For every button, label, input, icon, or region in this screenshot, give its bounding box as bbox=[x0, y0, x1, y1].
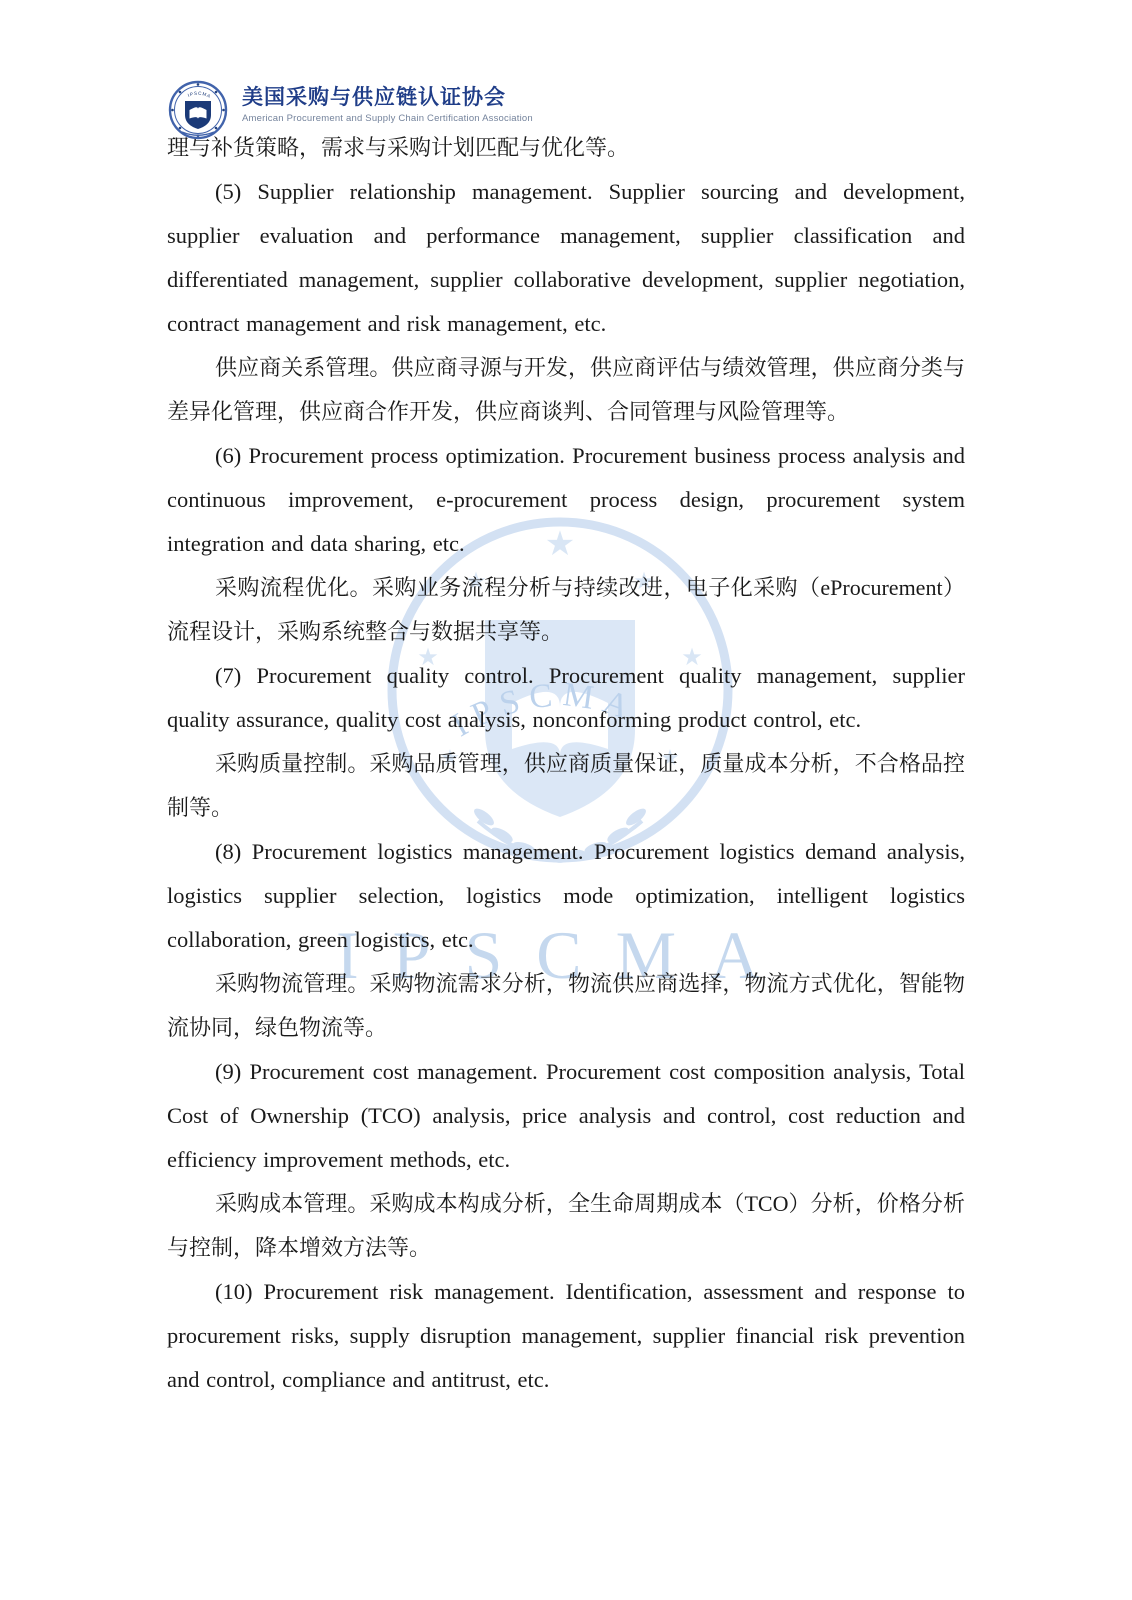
paragraph-item8-en: (8) Procurement logistics management. Pr… bbox=[167, 830, 965, 962]
paragraph-item5-en: (5) Supplier relationship management. Su… bbox=[167, 170, 965, 346]
paragraph-item8-zh: 采购物流管理。采购物流需求分析，物流供应商选择，物流方式优化，智能物流协同，绿色… bbox=[167, 962, 965, 1050]
org-name-english: American Procurement and Supply Chain Ce… bbox=[242, 113, 533, 125]
association-logo-icon: IPSCMA bbox=[168, 80, 228, 140]
paragraph-item7-zh: 采购质量控制。采购品质管理，供应商质量保证，质量成本分析，不合格品控制等。 bbox=[167, 742, 965, 830]
letterhead: IPSCMA 美国采购与供应链认证协会 American Procurement… bbox=[168, 80, 533, 140]
paragraph-item7-en: (7) Procurement quality control. Procure… bbox=[167, 654, 965, 742]
document-page: ★ ★ ★ ★ ★ ★ ★ IPSCMA bbox=[0, 0, 1132, 1600]
paragraph-item6-zh: 采购流程优化。采购业务流程分析与持续改进，电子化采购（eProcurement）… bbox=[167, 566, 965, 654]
document-body: 理与补货策略，需求与采购计划匹配与优化等。 (5) Supplier relat… bbox=[167, 126, 965, 1402]
paragraph-item9-en: (9) Procurement cost management. Procure… bbox=[167, 1050, 965, 1182]
paragraph-item6-en: (6) Procurement process optimization. Pr… bbox=[167, 434, 965, 566]
paragraph-item9-zh: 采购成本管理。采购成本构成分析，全生命周期成本（TCO）分析，价格分析与控制，降… bbox=[167, 1182, 965, 1270]
paragraph-item10-en: (10) Procurement risk management. Identi… bbox=[167, 1270, 965, 1402]
paragraph-item5-zh: 供应商关系管理。供应商寻源与开发，供应商评估与绩效管理，供应商分类与差异化管理，… bbox=[167, 346, 965, 434]
org-name-block: 美国采购与供应链认证协会 American Procurement and Su… bbox=[242, 80, 533, 125]
org-name-chinese: 美国采购与供应链认证协会 bbox=[242, 86, 533, 110]
